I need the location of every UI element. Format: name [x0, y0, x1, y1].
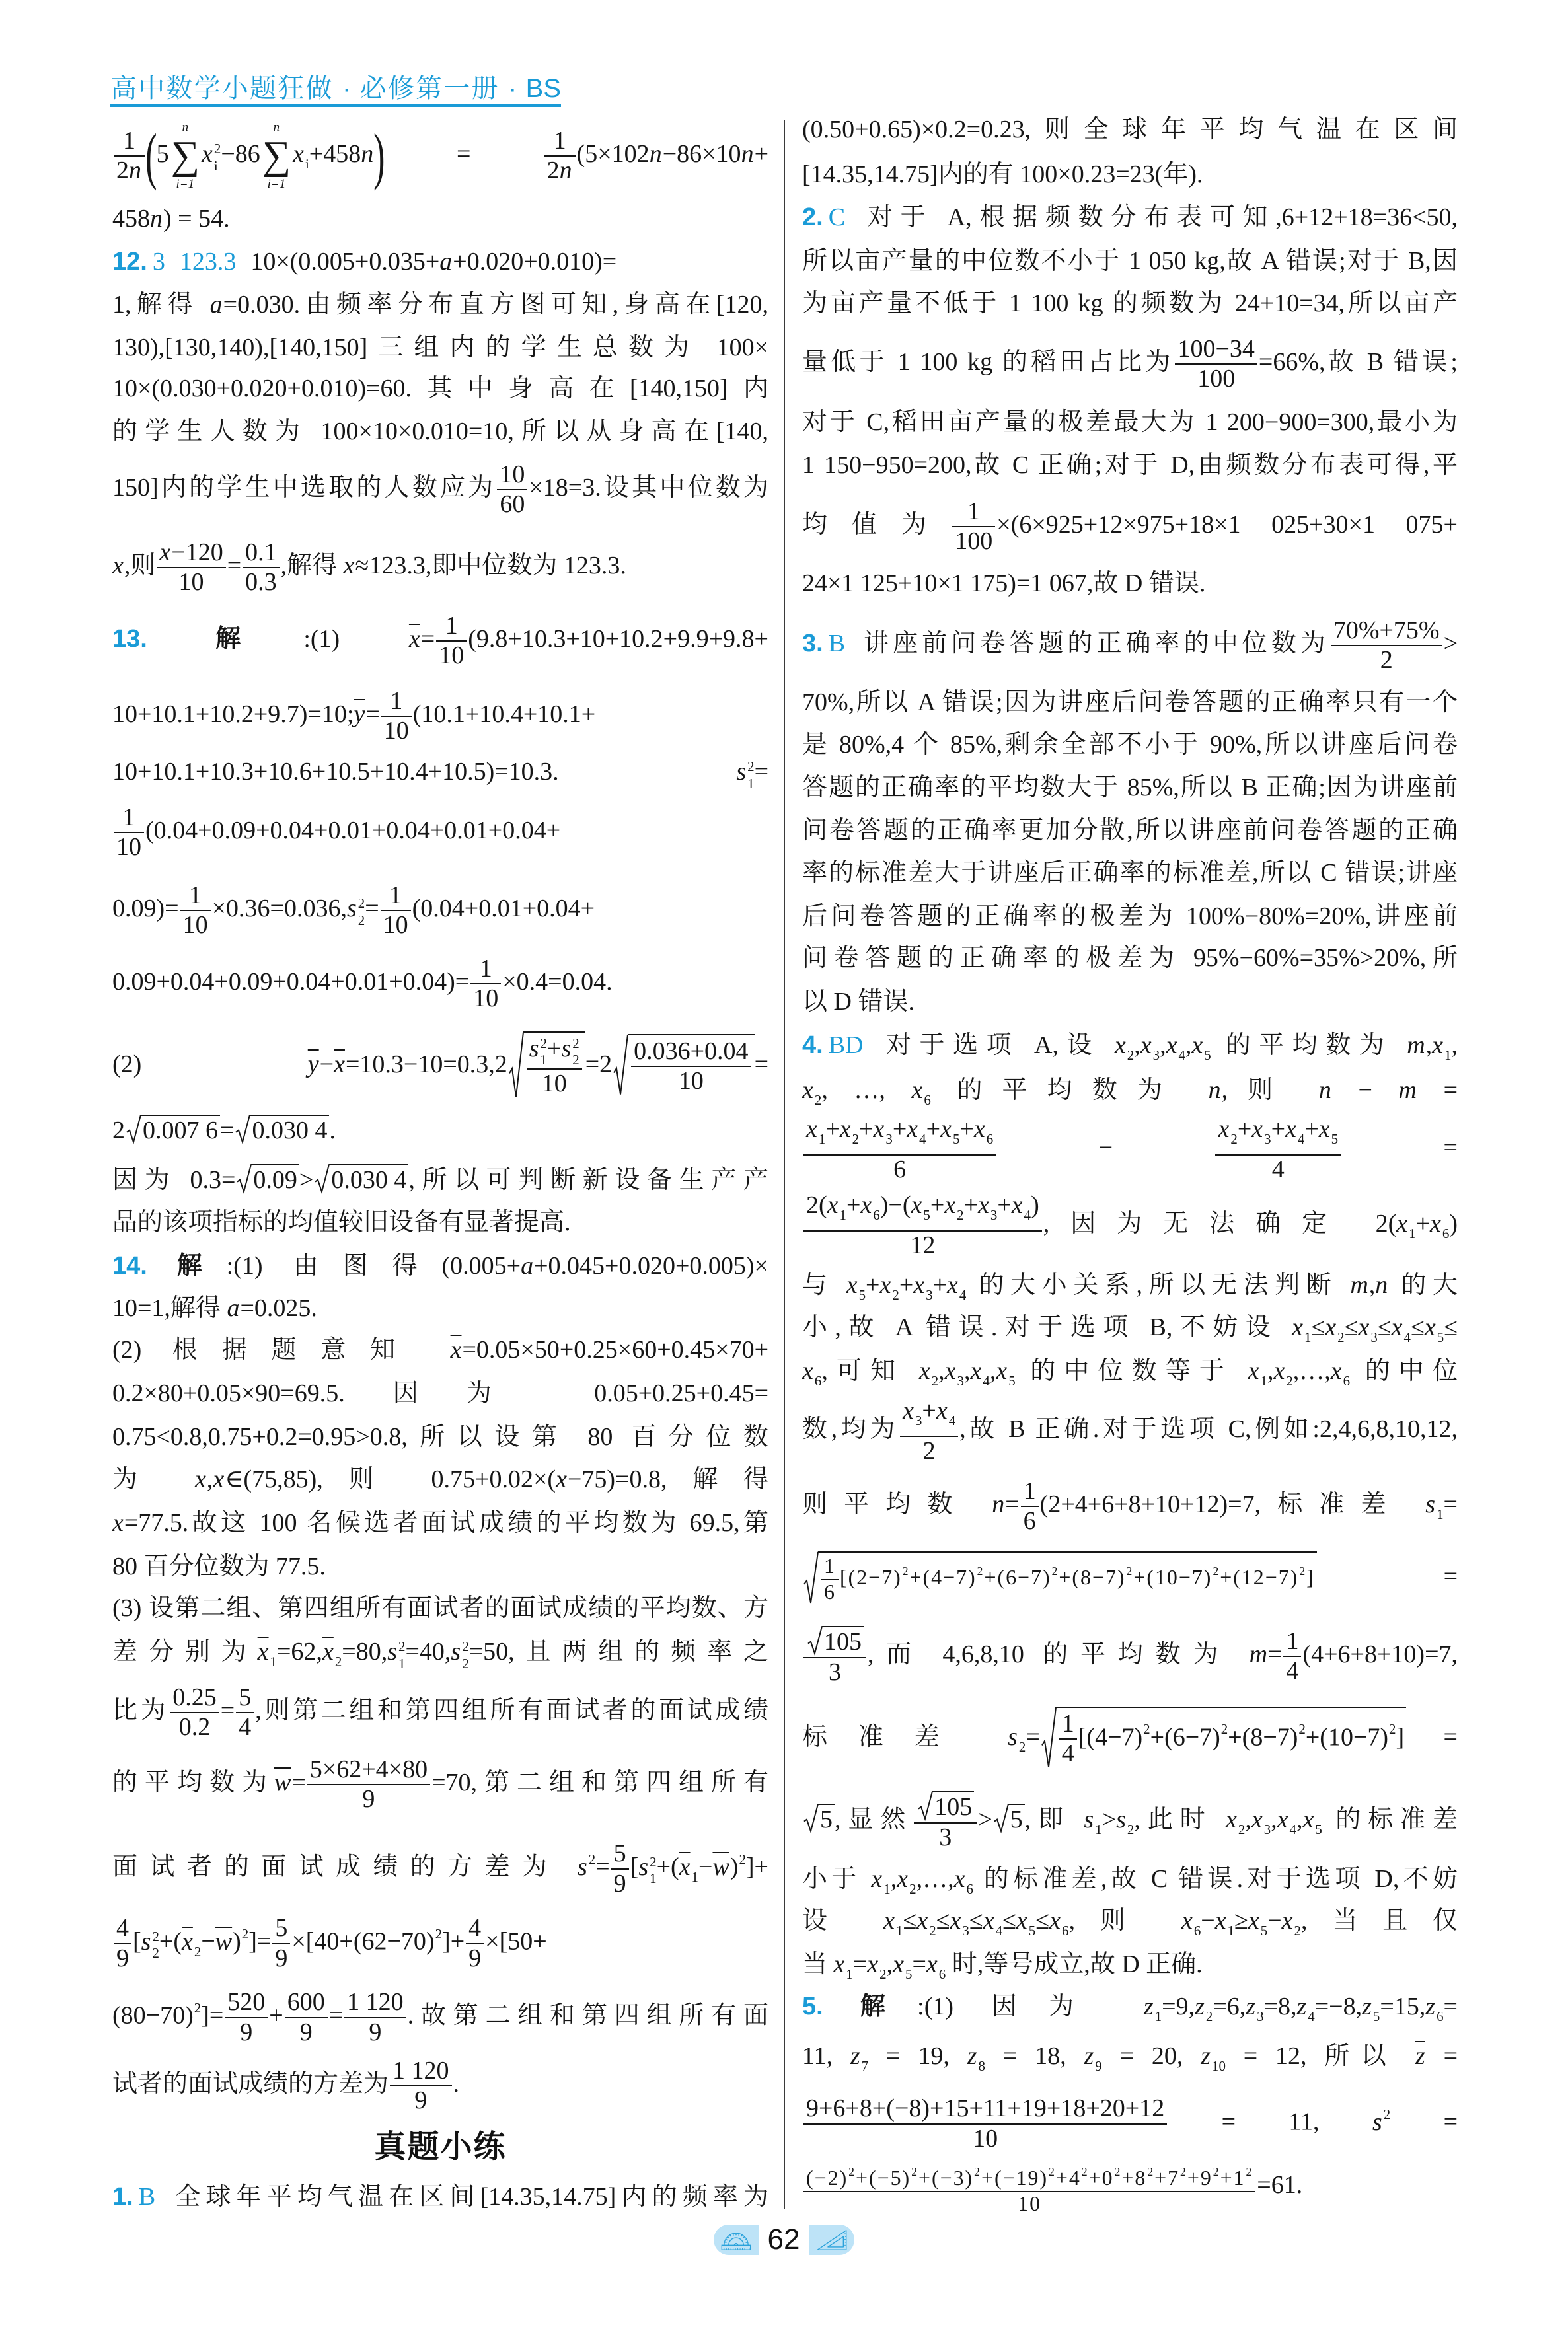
denominator: 4: [1059, 1740, 1077, 1769]
text-run: 10: [183, 911, 208, 939]
script-stack: 21: [398, 1639, 405, 1672]
text-run: +: [964, 1191, 978, 1219]
math-variable: x4: [970, 1357, 989, 1385]
variable-base: x: [1218, 1115, 1230, 1143]
text-line: 0.75<0.8,0.75+0.2=0.95>0.8,所以设第 80 百分位数: [112, 1416, 768, 1458]
variable-base: x: [947, 1271, 959, 1299]
fraction: 1100: [952, 498, 995, 556]
mean-variable: x1: [679, 1853, 698, 1881]
variable-base: x: [1285, 1115, 1297, 1143]
numerator: 1: [1021, 1477, 1039, 1508]
text-run: ,: [1160, 1031, 1166, 1059]
big-parenthesis: ): [373, 125, 385, 188]
math-variable: s2: [1116, 1806, 1134, 1833]
math-variable: x: [195, 1465, 207, 1493]
text-run: =: [329, 2002, 343, 2030]
text-run: >: [299, 1166, 313, 1194]
subscript: 6: [1194, 1923, 1201, 1938]
mean-variable: w: [274, 1769, 291, 1796]
math-variable: s2: [578, 1853, 595, 1881]
denominator: 10: [436, 642, 467, 671]
text-run: ×[50+: [485, 1928, 547, 1956]
text-run: ≈123.3,即中位数为 123.3.: [355, 552, 626, 579]
text-run: ,解得: [281, 552, 344, 579]
denominator: 2: [900, 1437, 958, 1466]
text-run: +0: [1089, 2166, 1114, 2190]
variable-base: z: [1144, 1993, 1154, 2020]
square-root: 14[(4−7)2+(6−7)2+(8−7)2+(10−7)2]: [1056, 1707, 1406, 1769]
text-run: 60: [500, 490, 525, 518]
text-run: +8: [1121, 2166, 1146, 2190]
variable-base: x: [940, 1115, 952, 1143]
text-run: 10: [542, 1070, 567, 1097]
text-run: 2: [923, 1437, 936, 1465]
text-line: 的平均数为w=5×62+4×809=70,第二组和第四组所有: [112, 1761, 768, 1804]
sigma-symbol: ∑: [262, 136, 291, 176]
math-variable: n: [560, 157, 573, 184]
math-variable: x2: [802, 1076, 821, 1104]
text-run: 1 120: [347, 1988, 404, 2016]
subscript: 8: [979, 2058, 985, 2074]
text-run: 10: [1018, 2192, 1041, 2215]
text-run: +1: [1220, 2166, 1246, 2190]
text-line: 1053,而 4,6,8,10 的平均数为 m=14(4+6+8+10)=7,: [802, 1633, 1458, 1676]
text-run: 的标准差: [1322, 1806, 1458, 1833]
text-line: 12.3123.310×(0.005+0.035+a+0.020+0.010)=: [112, 240, 768, 283]
text-run: ]=: [201, 2002, 223, 2030]
variable-base: x: [1273, 1357, 1285, 1385]
text-line: 4.BD对于选项 A,设 x2,x3,x4,x5 的平均数为 m,x1,: [802, 1024, 1458, 1066]
math-variable: x6: [974, 1115, 993, 1143]
variable-base: z: [1201, 2042, 1211, 2070]
subscript: 2: [852, 1131, 859, 1147]
denominator: 10: [631, 1067, 751, 1096]
square-root: 5: [1008, 1804, 1025, 1832]
text-run: 10×(0.030+0.020+0.010)=60.其中身高在[140,150]…: [112, 375, 768, 402]
text-run: ,则: [1222, 1076, 1319, 1104]
radical-icon: [315, 1164, 329, 1193]
math-variable: x2: [879, 1271, 899, 1299]
script-stack: 2i: [214, 141, 221, 174]
math-variable: x5: [893, 1950, 912, 1978]
text-run: >: [978, 1806, 992, 1833]
square-root: 0.09: [251, 1164, 299, 1193]
numerator: 0.25: [170, 1683, 219, 1714]
math-variable: a: [521, 1252, 534, 1280]
subscript: 3: [885, 1131, 892, 1147]
math-variable: x5: [1319, 1115, 1338, 1143]
math-variable: z3: [1246, 1993, 1263, 2020]
math-variable: x2: [1282, 1907, 1301, 1935]
variable-base: x: [974, 1115, 986, 1143]
text-run: :(1) 由图得(0.005+: [227, 1252, 521, 1280]
subscript: 1: [840, 1207, 846, 1223]
text-run: [14.35,14.75]内的有 100×0.23=23(年).: [802, 161, 1203, 188]
variable-base: x: [860, 1191, 872, 1219]
mean-variable: z: [1415, 2042, 1426, 2070]
text-run: 0.09+0.04+0.09+0.04+0.01+0.04)=: [112, 968, 469, 996]
text-run: 差分别为: [112, 1638, 258, 1666]
text-run: +: [859, 1115, 873, 1143]
numerator: s21+s22: [527, 1035, 582, 1070]
text-run: =50,且两组的频率之: [469, 1638, 768, 1666]
text-line: 2.C对于 A,根据频数分布表可知,6+12+18=36<50,: [802, 196, 1458, 239]
text-line: 10+10.1+10.2+9.7)=10;y=110(10.1+10.4+10.…: [112, 693, 768, 735]
fraction: 0.250.2: [170, 1683, 219, 1742]
fraction: 12n: [114, 127, 145, 186]
denominator: 9: [390, 2086, 452, 2116]
text-run: =: [1390, 2108, 1458, 2136]
text-run: = 18,: [985, 2042, 1084, 2070]
text-run: +: [899, 1271, 913, 1299]
denominator: 2n: [544, 157, 576, 186]
fraction: 5209: [225, 1988, 268, 2047]
fraction: 49: [114, 1914, 131, 1973]
variable-base: x: [1319, 1115, 1331, 1143]
numerator: 520: [225, 1988, 268, 2018]
numerator: 100−34: [1175, 335, 1257, 365]
text-line: 5,显然1053>5,即 s1>s2,此时 x2,x3,x4,x5 的标准差: [802, 1798, 1458, 1841]
subscript: 5: [1331, 1131, 1338, 1147]
text-run: +: [959, 1115, 973, 1143]
text-run: 的学生人数为 100×10×0.010=10,所以从身高在[140,: [112, 418, 768, 445]
text-run: 0.036+0.04: [634, 1037, 748, 1065]
numerator: 1: [1283, 1627, 1301, 1658]
superscript: 2: [462, 1639, 468, 1655]
text-run: =: [1406, 1723, 1458, 1751]
variable-base: s: [1084, 1806, 1094, 1833]
text-run: >: [1444, 630, 1458, 657]
denominator: 9: [344, 2018, 406, 2048]
math-variable: x1: [1292, 1313, 1311, 1341]
fraction: 110: [470, 955, 501, 1014]
math-variable: x1: [806, 1115, 825, 1143]
variable-base: x: [1432, 1031, 1444, 1059]
text-run: 时,等号成立,故 D 正确.: [946, 1950, 1202, 1978]
text-run: 9: [300, 2018, 313, 2046]
text-run: 11,: [802, 2042, 850, 2070]
text-run: 0.1: [245, 538, 277, 566]
text-line: 率的标准差大于讲座后正确率的标准差,所以 C 错误;讲座: [802, 852, 1458, 894]
text-run: =: [1026, 1723, 1039, 1751]
text-line: 差分别为x1=62,x2=80,s21=40,s22=50,且两组的频率之: [112, 1631, 768, 1673]
text-run: ≤: [1411, 1313, 1425, 1341]
math-variable: x: [112, 1509, 124, 1537]
text-run: +: [1304, 1115, 1318, 1143]
numerator: x−120: [157, 538, 225, 569]
math-variable: x2: [840, 1115, 859, 1143]
text-run: +(6−7): [1150, 1723, 1220, 1751]
text-line: 数,均为x3+x42,故 B 正确.对于选项 C,例如:2,4,6,8,10,1…: [802, 1408, 1458, 1450]
superscript: 2: [152, 1929, 159, 1945]
text-run: ]: [1306, 1566, 1315, 1589]
superscript: 2: [1052, 1565, 1059, 1578]
subscript: 6: [1343, 1373, 1350, 1389]
text-run: +: [825, 1115, 839, 1143]
text-run: ,因为无法确定 2(: [1043, 1210, 1396, 1237]
text-run: 2: [112, 1117, 125, 1144]
text-line: 1,解得 a=0.030.由频率分布直方图可知,身高在[120,: [112, 283, 768, 326]
text-run: ,: [938, 1357, 945, 1385]
variable-base: x: [950, 1907, 962, 1935]
text-run: 1: [189, 881, 202, 909]
text-run: 100: [1197, 365, 1235, 392]
variable-base: s: [1372, 2108, 1383, 2136]
text-line: 问卷答题的正确率更加分散,所以讲座前问卷答题的正确: [802, 809, 1458, 852]
text-line: 则平均数 n=16(2+4+6+8+10+12)=7,标准差 s1=: [802, 1483, 1458, 1526]
text-run: 10: [439, 642, 464, 669]
numerator: 4: [114, 1914, 131, 1944]
text-run: (2): [112, 1051, 308, 1078]
text-line: 16[(2−7)2+(4−7)2+(6−7)2+(8−7)2+(10−7)2+(…: [802, 1555, 1458, 1598]
text-run: −86: [221, 140, 260, 168]
text-run: 设: [802, 1907, 883, 1935]
math-variable: x6: [860, 1191, 879, 1219]
superscript: 2: [1213, 2165, 1220, 2178]
text-run: 9: [116, 1944, 129, 1972]
text-run: −75)=0.8,解得: [568, 1465, 768, 1493]
math-variable: a: [210, 291, 223, 318]
subscript: 4: [1024, 1207, 1031, 1223]
variable-base: x: [840, 1115, 852, 1143]
mean-variable: w: [215, 1928, 233, 1956]
superscript: 2: [194, 2000, 201, 2016]
overlined-variable: w: [215, 1928, 233, 1956]
math-variable: x4: [1285, 1115, 1304, 1143]
text-line: 是 80%,4 个 85%,剩余全部不小于 90%,所以讲座后问卷: [802, 723, 1458, 766]
text-run: =: [912, 1950, 926, 1978]
math-variable: s21: [736, 758, 754, 786]
text-run: =: [385, 140, 543, 168]
math-variable: m: [1399, 1076, 1417, 1104]
variable-base: z: [1362, 1993, 1372, 2020]
text-line: x=77.5.故这 100 名候选者面试成绩的平均数为 69.5,第: [112, 1502, 768, 1544]
text-run: 1: [390, 687, 402, 715]
text-run: ,: [207, 1465, 213, 1493]
fraction: 16: [1021, 1477, 1039, 1536]
mean-variable: w: [712, 1853, 729, 1881]
subscript: 1: [1261, 1373, 1267, 1389]
subscript: 6: [1442, 1226, 1449, 1241]
denominator: 4: [1283, 1657, 1301, 1686]
subscript: 3: [1264, 1822, 1271, 1837]
variable-base: x: [1181, 1907, 1193, 1935]
text-line: 14.解:(1) 由图得(0.005+a+0.045+0.020+0.005)×: [112, 1245, 768, 1287]
text-run: +(−3): [918, 2166, 973, 2190]
math-variable: x5: [1248, 1907, 1267, 1935]
text-run: 520: [227, 1988, 265, 2016]
text-run: [(2−7): [840, 1566, 902, 1589]
text-run: ,: [1369, 1271, 1376, 1299]
math-variable: x1: [1396, 1210, 1415, 1237]
text-run: 1: [123, 127, 135, 155]
text-line: 设 x1≤x2≤x3≤x4≤x5≤x6,则 x6−x1≥x5−x2,当且仅: [802, 1900, 1458, 1942]
running-header-title: 高中数学小题狂做 · 必修第一册 · BS: [110, 74, 561, 103]
mean-variable: x2: [182, 1928, 201, 1956]
text-run: =70,第二组和第四组所有: [431, 1769, 768, 1796]
text-run: −120: [171, 538, 223, 566]
text-run: 小,故 A 错误.对于选项 B,不妨设: [802, 1313, 1292, 1341]
textbook-page: 高中数学小题狂做 · 必修第一册 · BS 12n(5n∑i=1x2i−86n∑…: [0, 0, 1568, 2325]
subscript: 6: [924, 1092, 930, 1108]
math-variable: x: [213, 1465, 225, 1493]
subscript: 1: [846, 1966, 852, 1982]
fraction: 1 1209: [344, 1988, 406, 2047]
subscript: 2: [358, 912, 365, 929]
text-run: 130),[130,140),[140,150]三组内的学生总数为 100×: [112, 334, 768, 361]
mean-variable: x: [451, 1336, 463, 1364]
variable-base: x: [913, 1271, 925, 1299]
text-run: 10+10.1+10.3+10.6+10.5+10.4+10.5)=10.3.: [112, 758, 736, 786]
text-run: 6: [893, 1156, 906, 1183]
text-line: 为 x,x∈(75,85),则 0.75+0.02×(x−75)=0.8,解得: [112, 1458, 768, 1500]
math-variable: x6: [1049, 1907, 1068, 1935]
text-run: =0.05×50+0.25×60+0.45×70+: [462, 1336, 768, 1364]
variable-base: s: [1425, 1491, 1436, 1518]
text-run: +(4−7): [910, 1566, 977, 1589]
fraction: 1 1209: [390, 2057, 452, 2116]
variable-base: x: [996, 1357, 1008, 1385]
text-run: 答题的正确率的平均数大于 85%,所以 B 正确;因为讲座前: [802, 774, 1458, 801]
denominator: 10: [803, 2192, 1255, 2217]
text-run: 则平均数: [802, 1491, 992, 1518]
overlined-variable: x: [451, 1336, 463, 1364]
text-run: =: [365, 895, 379, 922]
variable-base: x: [978, 1191, 990, 1219]
fraction: 5×62+4×809: [307, 1755, 430, 1814]
math-variable: x5: [1191, 1031, 1211, 1059]
text-run: −: [1267, 1907, 1281, 1935]
subscript: 1: [1228, 1923, 1234, 1938]
math-variable: s21: [529, 1035, 547, 1062]
fraction: 6009: [285, 1988, 328, 2047]
fraction: 1060: [497, 461, 527, 519]
math-variable: x5: [940, 1115, 959, 1143]
text-run: 5: [239, 1683, 251, 1711]
text-run: 试者的面试成绩的方差为: [112, 2070, 389, 2098]
text-run: ≤: [1035, 1907, 1049, 1935]
text-run: 1: [967, 498, 980, 525]
text-run: +0.045+0.020+0.005)×: [534, 1252, 768, 1280]
variable-base: x: [827, 1191, 839, 1219]
fraction: x2+x3+x4+x54: [1215, 1115, 1341, 1185]
text-run: 所以亩产量的中位数不小于 1 050 kg,故 A 错误;对于 B,因: [802, 247, 1458, 275]
subscript: 6: [939, 1966, 946, 1982]
text-line: 试者的面试成绩的方差为1 1209.: [112, 2063, 768, 2105]
text-run: =−8,: [1315, 1993, 1362, 2020]
variable-base: x: [846, 1271, 858, 1299]
numerator: 9+6+8+(−8)+15+11+19+18+20+12: [803, 2094, 1167, 2125]
subscript: 6: [1437, 2009, 1443, 2024]
subscript: 2: [1337, 1329, 1344, 1345]
text-run: +: [846, 1191, 860, 1219]
text-line: (3) 设第二组、第四组所有面试者的面试成绩的平均数、方: [112, 1587, 768, 1629]
variable-base: x: [1251, 1115, 1263, 1143]
math-variable: s22: [347, 895, 365, 922]
text-run: ,: [1452, 1031, 1458, 1059]
subscript: 6: [966, 1881, 973, 1897]
text-run: 10: [500, 461, 525, 488]
text-run: 1 150−950=200,故 C 正确;对于 D,由频数分布表可得,平: [802, 451, 1458, 479]
subscript: 3: [1257, 2009, 1263, 2024]
variable-base: x: [903, 1397, 915, 1424]
subscript: 2: [879, 1966, 886, 1982]
variable-base: z: [1084, 2042, 1094, 2070]
superscript: 2: [848, 2165, 856, 2178]
superscript: 2: [214, 141, 221, 157]
sigma-symbol: ∑: [171, 136, 200, 176]
summation: n∑i=1: [171, 120, 200, 192]
text-line: 9+6+8+(−8)+15+11+19+18+20+1210 = 11, s2 …: [802, 2093, 1458, 2135]
text-run: ,…,: [1293, 1357, 1331, 1385]
text-run: :(1): [303, 625, 409, 653]
math-variable: x: [112, 552, 124, 579]
text-run: 10: [179, 568, 204, 596]
math-variable: x2: [1226, 1806, 1245, 1833]
text-run: 均值为: [802, 511, 951, 538]
text-run: =: [1317, 1563, 1458, 1590]
text-run: =0.025.: [240, 1294, 317, 1322]
text-run: 600: [287, 1988, 325, 2016]
text-line: 与 x5+x2+x3+x4 的大小关系,所以无法判断 m,n 的大: [802, 1264, 1458, 1306]
subscript: 4: [959, 1287, 966, 1303]
text-run: ,: [1245, 1806, 1251, 1833]
text-run: 6: [1024, 1507, 1036, 1535]
variable-base: z: [1195, 1993, 1205, 2020]
radical-icon: [918, 1791, 932, 1820]
text-line: 70%,所以 A 错误;因为讲座后问卷答题的正确率只有一个: [802, 681, 1458, 723]
mean-variable: x: [334, 1051, 346, 1078]
text-run: 品的该项指标的均值较旧设备有显著提高.: [112, 1208, 571, 1236]
subscript: 4: [919, 1131, 926, 1147]
question-number: 4.: [802, 1031, 823, 1059]
superscript: 2: [974, 2165, 981, 2178]
subscript: 3: [1370, 1329, 1377, 1345]
text-run: (80−70): [112, 2002, 194, 2030]
radical-icon: [994, 1804, 1008, 1832]
question-number: 1.: [112, 2183, 133, 2211]
numerator: 4: [466, 1914, 484, 1944]
math-variable: m: [1250, 1641, 1268, 1668]
variable-base: s: [1008, 1723, 1018, 1751]
subscript: 5: [905, 1966, 912, 1982]
text-run: , …,: [821, 1076, 911, 1104]
text-run: −: [997, 1134, 1214, 1162]
variable-base: x: [1392, 1313, 1403, 1341]
text-run: 5: [1010, 1806, 1023, 1833]
text-run: 4: [1272, 1156, 1285, 1183]
square-root: 0.007 6: [141, 1115, 220, 1143]
subscript: 3: [1153, 1047, 1160, 1063]
superscript: 2: [911, 2165, 918, 2178]
text-run: =15,: [1380, 1993, 1425, 2020]
variable-base: z: [1246, 1993, 1256, 2020]
text-run: 9: [369, 2018, 381, 2046]
subscript: 1: [270, 1654, 277, 1670]
text-run: 100−34: [1177, 335, 1254, 363]
variable-base: x: [893, 1950, 905, 1978]
denominator: 0.3: [243, 568, 280, 597]
question-number: 2.: [802, 203, 823, 231]
text-run: 比为: [112, 1697, 168, 1724]
text-line: [14.35,14.75]内的有 100×0.23=23(年).: [802, 153, 1458, 196]
math-variable: x: [556, 1465, 568, 1493]
page-number: 62: [761, 2223, 806, 2257]
text-run: 4: [468, 1914, 481, 1942]
fraction: x1+x2+x3+x4+x5+x66: [803, 1115, 996, 1185]
text-run: ): [233, 1928, 241, 1956]
subscript: 5: [1204, 1047, 1211, 1063]
